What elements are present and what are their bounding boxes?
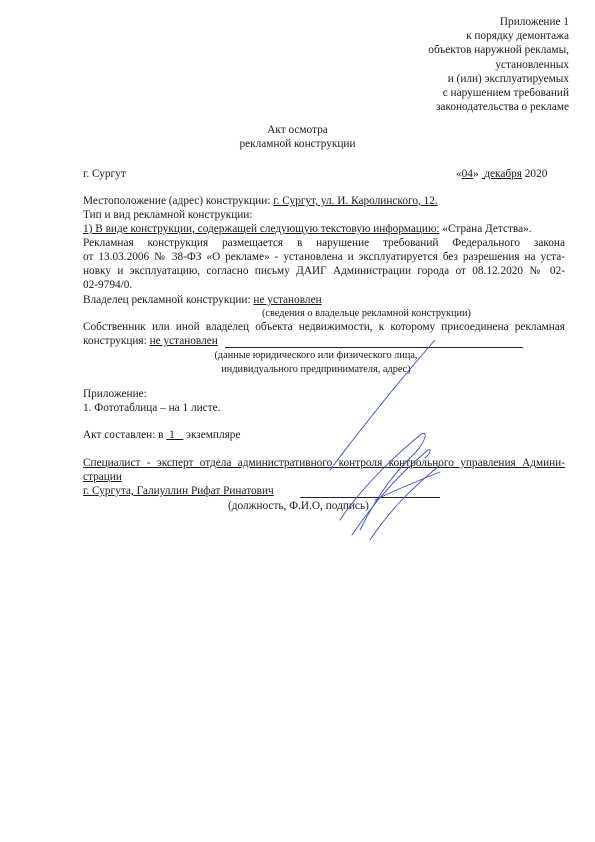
owner-label: Владелец рекламной конструкции: [83,294,253,306]
date-year: 2020 [525,168,548,180]
attachment-item: 1. Фототаблица – на 1 листе. [83,402,220,414]
signatory-line-3: г. Сургута, Галиуллин Рифат Ринатович [83,485,274,497]
signatory-line-2: страции [83,471,122,483]
copies-suffix: экземпляре [183,429,240,441]
appendix-line: объектов наружной рекламы, [428,43,569,57]
type-value-underlined: 1) В виде конструкции, содержащей следую… [83,223,440,235]
attachments-label: Приложение: [83,388,147,400]
document-date: «04» декабря 2020 [456,168,547,180]
location-value: г. Сургут, ул. И. Каролинского, 12. [273,195,437,207]
type-value-text: «Страна Детства». [440,223,532,235]
violation-line-2: от 13.03.2006 № 38-ФЗ «О рекламе» - уста… [83,251,565,263]
owner-value: не установлен [253,294,321,306]
owner-caption: (сведения о владельце рекламной конструк… [262,308,471,319]
copies-label: Акт составлен: в [83,429,166,441]
owner-row: Владелец рекламной конструкции: не устан… [83,294,322,306]
appendix-line: Приложение 1 [428,15,569,29]
appendix-line: законодательства о рекламе [428,100,569,114]
city: г. Сургут [83,168,126,180]
location-label: Местоположение (адрес) конструкции: [83,195,273,207]
appendix-line: к порядку демонтажа [428,29,569,43]
signature-icon [280,340,460,540]
date-month: декабря [481,168,522,180]
property-owner-row: конструкция: не установлен [83,335,218,347]
violation-line-1: Рекламная конструкция размещается в нару… [83,237,565,249]
property-owner-value: не установлен [150,335,218,347]
type-label: Тип и вид рекламной конструкции: [83,209,252,221]
violation-line-4: 02-9794/0. [83,279,132,291]
date-day: 04 [462,168,473,180]
document-title: Акт осмотра [0,124,595,136]
property-owner-label: конструкция: [83,335,150,347]
type-value-row: 1) В виде конструкции, содержащей следую… [83,223,532,235]
appendix-line: установленных [428,58,569,72]
appendix-line: с нарушением требований [428,86,569,100]
appendix-header: Приложение 1 к порядку демонтажа объекто… [428,15,569,114]
copies-count: 1 [166,429,183,441]
property-owner-line-1: Собственник или иной владелец объекта не… [83,321,565,333]
appendix-line: и (или) эксплуатируемых [428,72,569,86]
document-subtitle: рекламной конструкции [0,138,595,150]
copies-row: Акт составлен: в 1 экземпляре [83,429,240,441]
location-row: Местоположение (адрес) конструкции: г. С… [83,195,438,207]
violation-line-3: новку и эксплуатацию, согласно письму ДА… [83,265,565,277]
